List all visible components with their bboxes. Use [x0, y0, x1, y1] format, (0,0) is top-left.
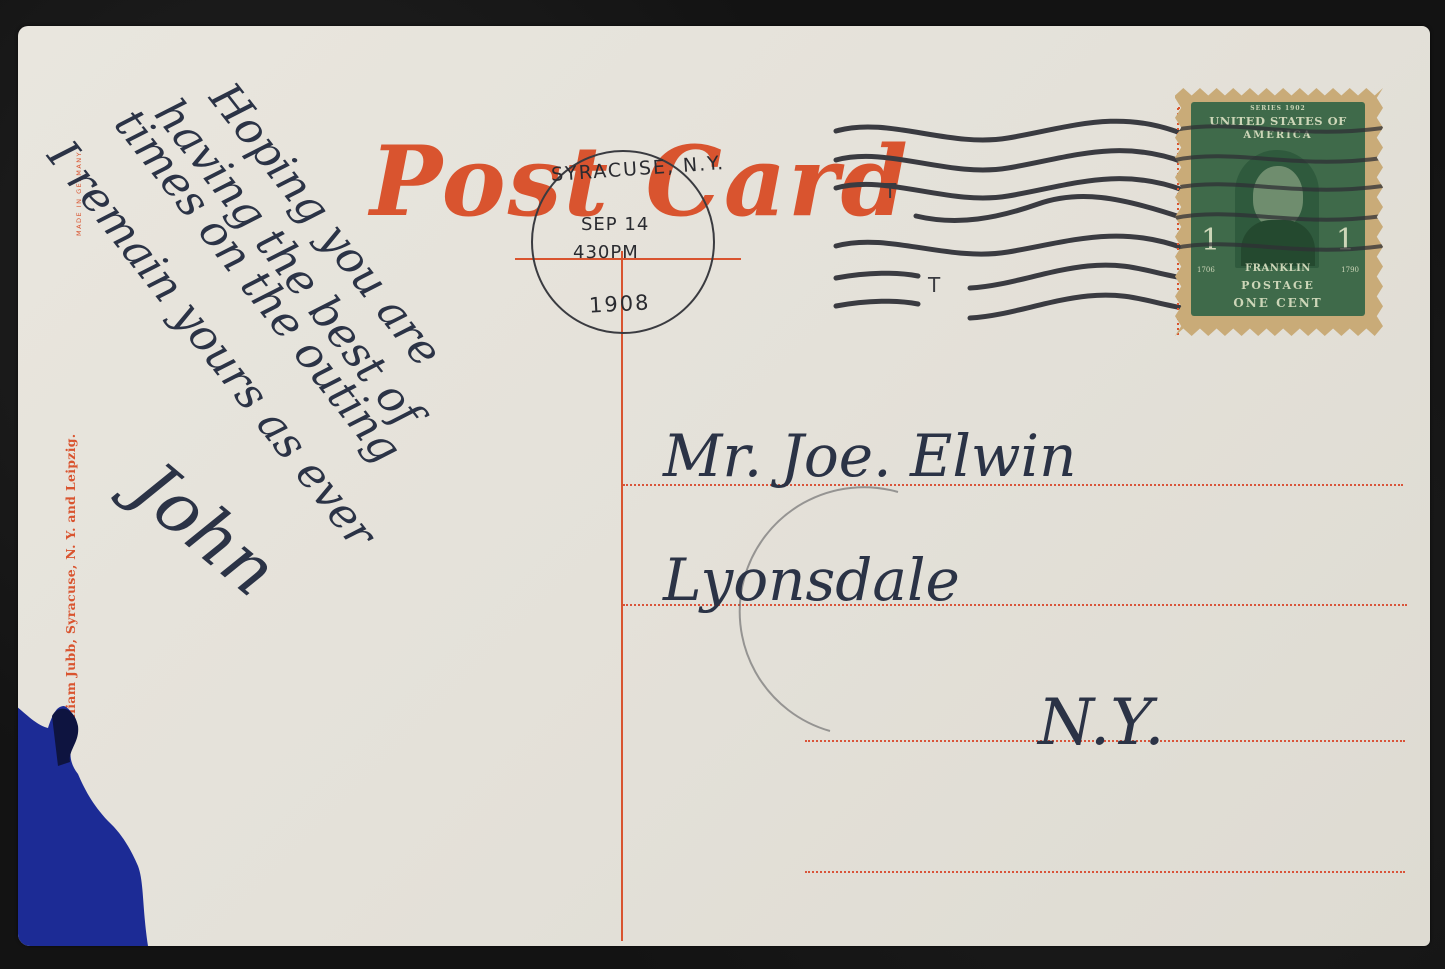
recipient-city: Lyonsdale	[663, 546, 960, 614]
recipient-state: N.Y.	[1038, 686, 1165, 760]
postcard: Post Card William Jubb, Syracuse, N. Y. …	[18, 26, 1430, 946]
recipient-name: Mr. Joe. Elwin	[663, 422, 1076, 490]
signature: John	[108, 438, 293, 612]
